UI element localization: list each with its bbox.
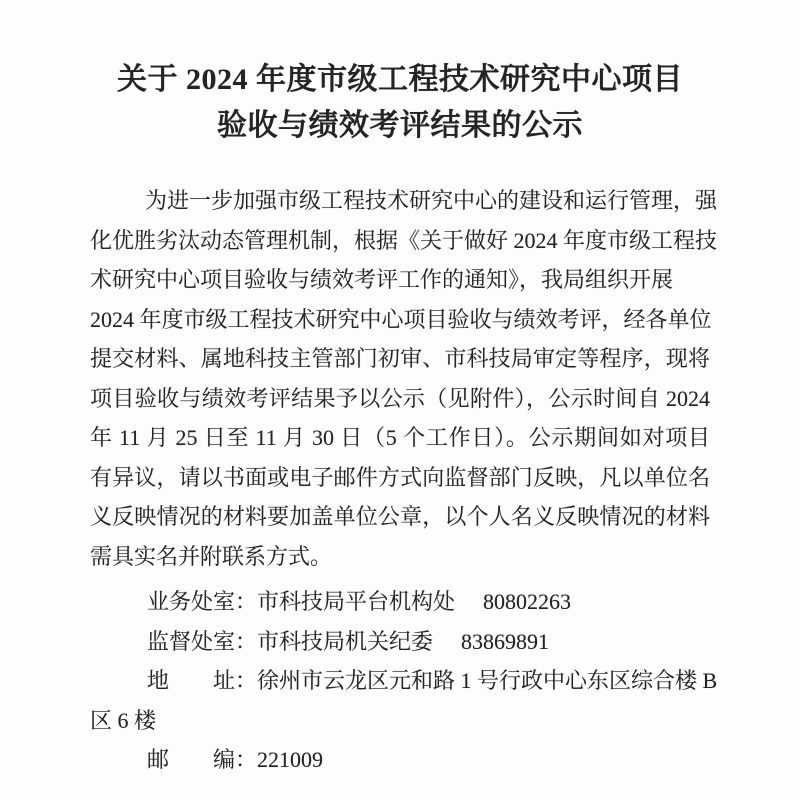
business-dept-row: 业务处室：市科技局平台机构处80802263 — [90, 582, 710, 622]
postcode-label: 邮 编： — [147, 747, 257, 772]
body-line: 需具实名并附联系方式。 — [90, 537, 710, 577]
body-line: 术研究中心项目验收与绩效考评工作的通知》，我局组织开展 — [90, 260, 710, 300]
body-line: 提交材料、属地科技主管部门初审、市科技局审定等程序，现将 — [90, 339, 710, 379]
supervision-dept-label: 监督处室： — [147, 629, 257, 654]
notice-body: 为进一步加强市级工程技术研究中心的建设和运行管理，强 化优胜劣汰动态管理机制，根… — [90, 181, 710, 576]
postcode-value: 221009 — [257, 747, 323, 772]
notice-title-line1: 关于 2024 年度市级工程技术研究中心项目 — [0, 57, 800, 103]
business-dept-phone: 80802263 — [483, 589, 571, 614]
body-line: 化优胜劣汰动态管理机制，根据《关于做好 2024 年度市级工程技 — [90, 221, 710, 261]
notice-title: 关于 2024 年度市级工程技术研究中心项目 验收与绩效考评结果的公示 — [0, 0, 800, 149]
body-line: 项目验收与绩效考评结果予以公示（见附件），公示时间自 2024 — [90, 379, 710, 419]
address-label: 地 址： — [147, 668, 257, 693]
body-line: 义反映情况的材料要加盖单位公章，以个人名义反映情况的材料 — [90, 497, 710, 537]
business-dept-label: 业务处室： — [147, 589, 257, 614]
business-dept-value: 市科技局平台机构处 — [257, 589, 455, 614]
supervision-dept-row: 监督处室：市科技局机关纪委83869891 — [90, 622, 710, 662]
notice-title-line2: 验收与绩效考评结果的公示 — [0, 103, 800, 149]
supervision-dept-phone: 83869891 — [461, 629, 549, 654]
body-line: 年 11 月 25 日至 11 月 30 日（5 个工作日）。公示期间如对项目 — [90, 418, 710, 458]
contact-info: 业务处室：市科技局平台机构处80802263 监督处室：市科技局机关纪委8386… — [90, 582, 710, 780]
postcode-row: 邮 编：221009 — [90, 740, 710, 780]
notice-page: 关于 2024 年度市级工程技术研究中心项目 验收与绩效考评结果的公示 为进一步… — [0, 0, 800, 800]
body-line: 有异议，请以书面或电子邮件方式向监督部门反映，凡以单位名 — [90, 458, 710, 498]
supervision-dept-value: 市科技局机关纪委 — [257, 629, 433, 654]
address-row: 地 址：徐州市云龙区元和路 1 号行政中心东区综合楼 B 区 6 楼 — [90, 661, 710, 740]
body-line: 为进一步加强市级工程技术研究中心的建设和运行管理，强 — [90, 181, 710, 221]
address-value-line1: 徐州市云龙区元和路 1 号行政中心东区综合楼 B — [257, 668, 717, 693]
body-line: 2024 年度市级工程技术研究中心项目验收与绩效考评，经各单位 — [90, 300, 710, 340]
address-value-line2: 区 6 楼 — [90, 701, 710, 741]
